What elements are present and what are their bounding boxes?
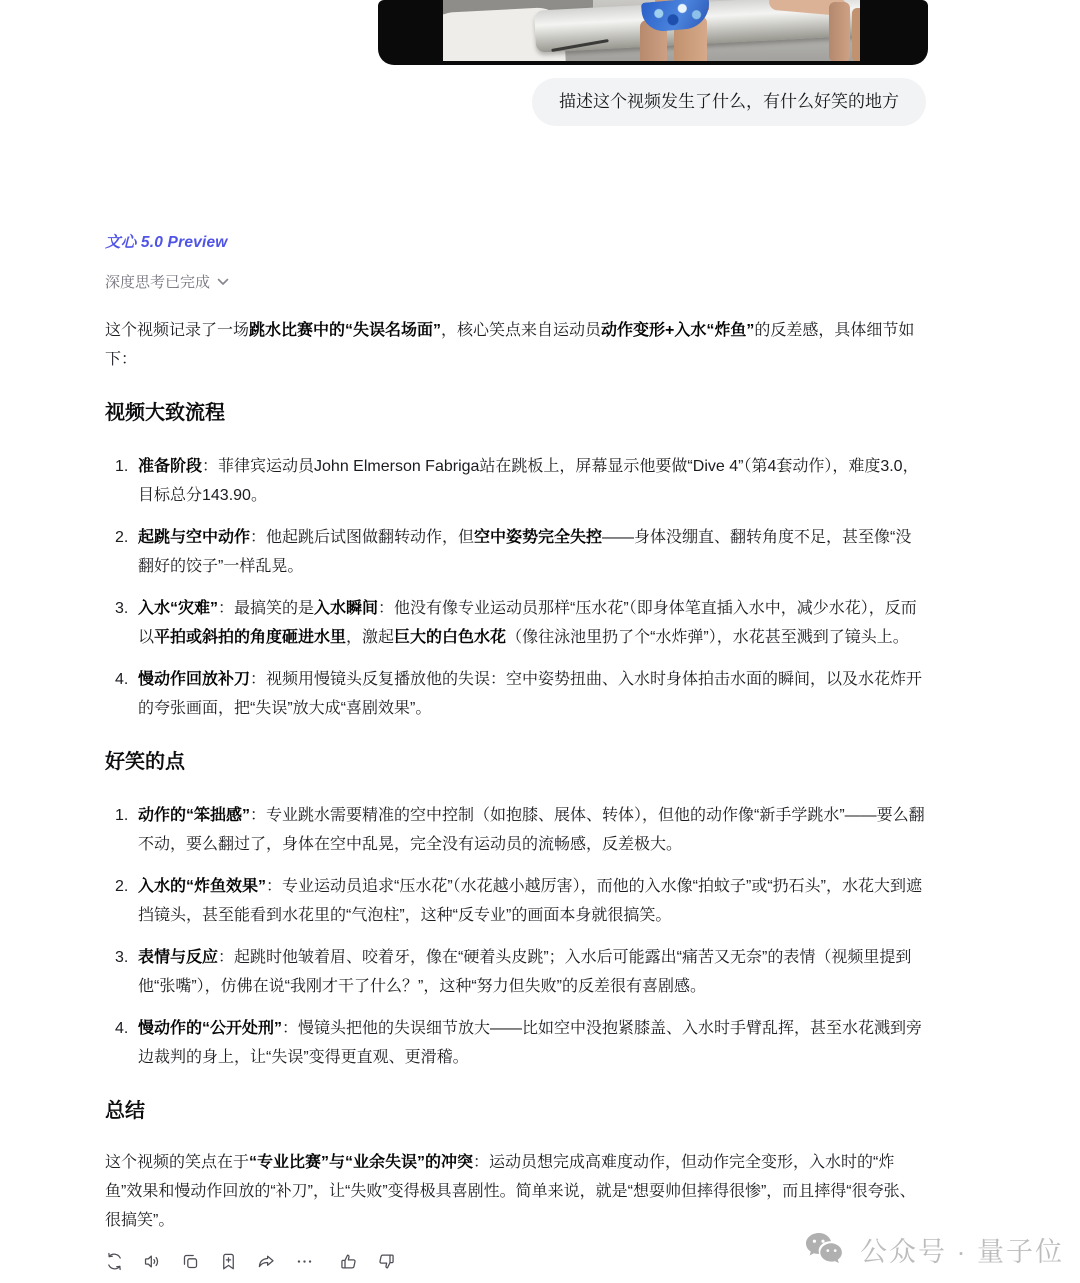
list-item: 慢动作的“公开处刑”：慢镜头把他的失误细节放大——比如空中没抱紧膝盖、入水时手臂… xyxy=(105,1014,926,1072)
section-heading-summary: 总结 xyxy=(105,1098,926,1124)
thinking-status-toggle[interactable]: 深度思考已完成 xyxy=(105,271,229,292)
read-aloud-button[interactable] xyxy=(143,1252,162,1271)
list-item: 动作的“笨拙感”：专业跳水需要精准的空中控制（如抱膝、展体、转体），但他的动作像… xyxy=(105,801,926,859)
wechat-icon xyxy=(803,1231,849,1269)
save-button[interactable] xyxy=(219,1252,238,1271)
regenerate-icon xyxy=(105,1252,124,1271)
thumbs-up-icon xyxy=(339,1252,358,1271)
intro-paragraph: 这个视频记录了一场跳水比赛中的“失误名场面”，核心笑点来自运动员动作变形+入水“… xyxy=(105,316,926,374)
ellipsis-icon xyxy=(295,1252,314,1271)
thinking-status-text: 深度思考已完成 xyxy=(105,271,210,292)
thumbs-down-button[interactable] xyxy=(377,1252,396,1271)
user-message-text: 描述这个视频发生了什么，有什么好笑的地方 xyxy=(559,92,899,111)
summary-paragraph: 这个视频的笑点在于“专业比赛”与“业余失误”的冲突：运动员想完成高难度动作，但动… xyxy=(105,1148,926,1235)
video-attachment[interactable] xyxy=(378,0,928,65)
copy-button[interactable] xyxy=(181,1252,200,1271)
speaker-icon xyxy=(143,1252,162,1271)
bookmark-plus-icon xyxy=(219,1252,238,1271)
list-item: 入水的“炸鱼效果”：专业运动员追求“压水花”（水花越小越厉害），而他的入水像“拍… xyxy=(105,872,926,930)
chat-column: 描述这个视频发生了什么，有什么好笑的地方 文心 5.0 Preview 深度思考… xyxy=(105,0,926,1271)
user-message-bubble: 描述这个视频发生了什么，有什么好笑的地方 xyxy=(532,78,926,126)
assistant-response: 文心 5.0 Preview 深度思考已完成 这个视频记录了一场跳水比赛中的“失… xyxy=(105,230,926,1271)
watermark-text: 公众号 · 量子位 xyxy=(860,1230,1064,1269)
funny-points-list: 动作的“笨拙感”：专业跳水需要精准的空中控制（如抱膝、展体、转体），但他的动作像… xyxy=(105,801,926,1072)
section-heading-process: 视频大致流程 xyxy=(105,400,926,426)
more-actions-button[interactable] xyxy=(295,1252,314,1271)
chevron-down-icon xyxy=(217,276,229,287)
watermark: 公众号 · 量子位 xyxy=(803,1230,1064,1269)
list-item: 起跳与空中动作：他起跳后试图做翻转动作，但空中姿势完全失控——身体没绷直、翻转角… xyxy=(105,523,926,581)
share-icon xyxy=(257,1252,276,1271)
regenerate-button[interactable] xyxy=(105,1252,124,1271)
thumbs-up-button[interactable] xyxy=(339,1252,358,1271)
thumbs-down-icon xyxy=(377,1252,396,1271)
list-item: 入水“灾难”：最搞笑的是入水瞬间：他没有像专业运动员那样“压水花”（即身体笔直插… xyxy=(105,594,926,652)
model-label: 文心 5.0 Preview xyxy=(105,230,926,252)
section-heading-funny-points: 好笑的点 xyxy=(105,749,926,775)
list-item: 慢动作回放补刀：视频用慢镜头反复播放他的失误：空中姿势扭曲、入水时身体拍击水面的… xyxy=(105,665,926,723)
list-item: 表情与反应：起跳时他皱着眉、咬着牙，像在“硬着头皮跳”；入水后可能露出“痛苦又无… xyxy=(105,943,926,1001)
copy-icon xyxy=(181,1252,200,1271)
process-list: 准备阶段：菲律宾运动员John Elmerson Fabriga站在跳板上，屏幕… xyxy=(105,452,926,723)
video-frame-image xyxy=(443,0,860,61)
list-item: 准备阶段：菲律宾运动员John Elmerson Fabriga站在跳板上，屏幕… xyxy=(105,452,926,510)
share-button[interactable] xyxy=(257,1252,276,1271)
